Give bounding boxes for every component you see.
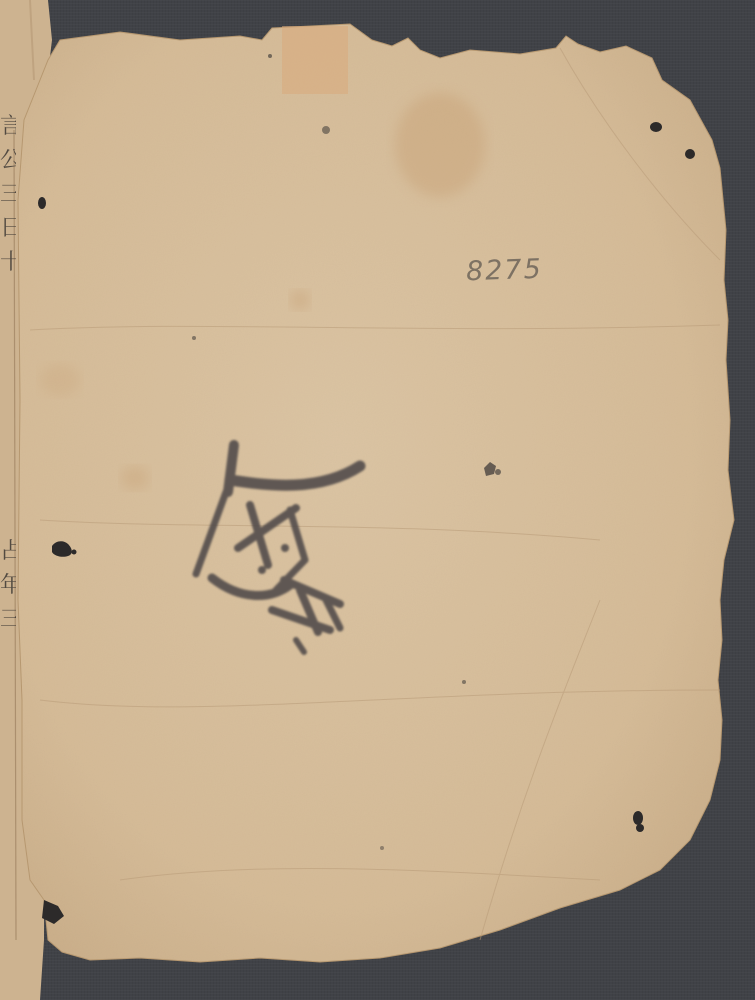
binding-text-upper: 言公三日十 (0, 110, 16, 280)
binding-text-lower: 占年三 (0, 535, 16, 637)
shelfmark-number: 8275 (465, 254, 543, 288)
manuscript-scan: 言公三日十 占年三 8275 (0, 0, 755, 1000)
manuscript-leaf (0, 0, 755, 1000)
